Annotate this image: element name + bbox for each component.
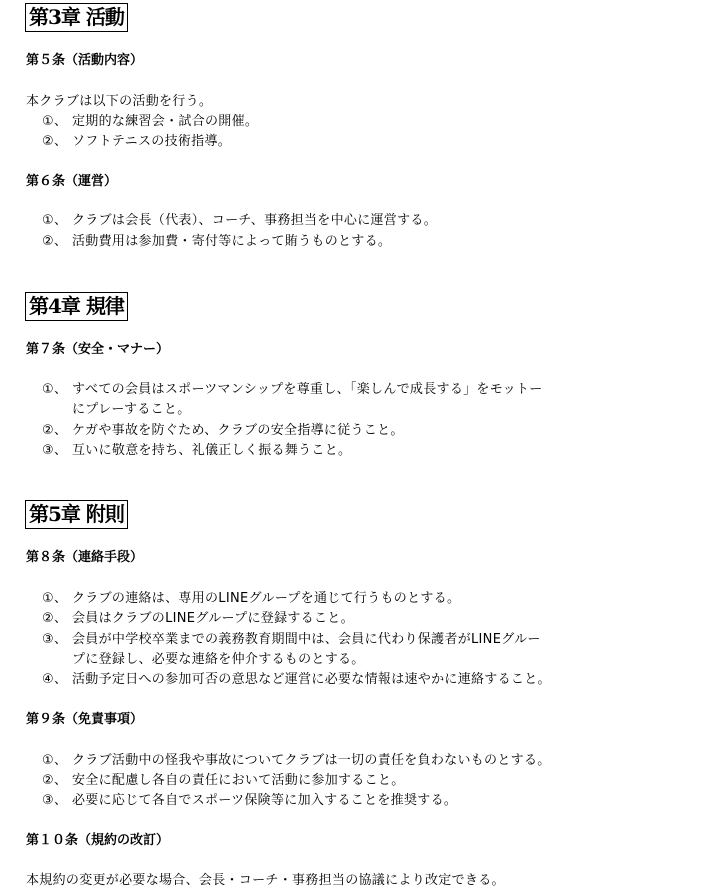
- item-number: ③、: [42, 793, 72, 809]
- item-text: 定期的な練習会・試合の開催。: [72, 114, 258, 129]
- chapter-5-title: 第5章 附則: [25, 500, 128, 529]
- item-text: 会員が中学校卒業までの義務教育期間中は、会員に代わり保護者がLINEグルー: [72, 632, 541, 647]
- article-8-item-4: ④、活動予定日への参加可否の意思など運営に必要な情報は速やかに連絡すること。: [42, 672, 551, 688]
- article-6-item-2: ②、活動費用は参加費・寄付等によって賄うものとする。: [42, 234, 391, 250]
- item-number: ④、: [42, 672, 72, 688]
- article-6-item-1: ①、クラブは会長（代表）、コーチ、事務担当を中心に運営する。: [42, 213, 437, 229]
- item-number: ①、: [42, 114, 72, 130]
- item-number: ③、: [42, 632, 72, 648]
- article-9-item-1: ①、クラブ活動中の怪我や事故についてクラブは一切の責任を負わないものとする。: [42, 753, 551, 769]
- item-number: ②、: [42, 773, 72, 789]
- item-number: ①、: [42, 591, 72, 607]
- article-5-intro: 本クラブは以下の活動を行う。: [26, 94, 212, 110]
- item-text: ソフトテニスの技術指導。: [72, 134, 231, 149]
- item-number: ②、: [42, 134, 72, 150]
- article-8-item-2: ②、会員はクラブのLINEグループに登録すること。: [42, 611, 354, 627]
- item-number: ②、: [42, 423, 72, 439]
- article-8-item-3: ③、会員が中学校卒業までの義務教育期間中は、会員に代わり保護者がLINEグルー: [42, 632, 541, 648]
- article-10-heading: 第１０条（規約の改訂）: [26, 833, 169, 849]
- article-7-heading: 第７条（安全・マナー）: [26, 342, 169, 358]
- item-text: 会員はクラブのLINEグループに登録すること。: [72, 611, 354, 626]
- article-8-item-1: ①、クラブの連絡は、専用のLINEグループを通じて行うものとする。: [42, 591, 460, 607]
- article-7-item-2: ②、ケガや事故を防ぐため、クラブの安全指導に従うこと。: [42, 423, 404, 439]
- article-9-item-3: ③、必要に応じて各自でスポーツ保険等に加入することを推奨する。: [42, 793, 457, 809]
- chapter-3-title: 第3章 活動: [25, 3, 128, 32]
- item-text: クラブの連絡は、専用のLINEグループを通じて行うものとする。: [72, 591, 460, 606]
- item-number: ②、: [42, 611, 72, 627]
- article-7-item-1: ①、すべての会員はスポーツマンシップを尊重し、「楽しんで成長する」をモットー: [42, 382, 543, 398]
- item-text: 活動予定日への参加可否の意思など運営に必要な情報は速やかに連絡すること。: [72, 672, 551, 687]
- article-8-heading: 第８条（連絡手段）: [26, 550, 143, 566]
- item-text: すべての会員はスポーツマンシップを尊重し、「楽しんで成長する」をモットー: [72, 382, 543, 397]
- article-10-text: 本規約の変更が必要な場合、会長・コーチ・事務担当の協議により改定できる。: [26, 873, 505, 889]
- article-8-item-3-continuation: プに登録し、必要な連絡を仲介するものとする。: [72, 652, 365, 668]
- chapter-4-title: 第4章 規律: [25, 292, 128, 321]
- item-number: ①、: [42, 213, 72, 229]
- article-5-item-1: ①、定期的な練習会・試合の開催。: [42, 114, 258, 130]
- item-text: クラブ活動中の怪我や事故についてクラブは一切の責任を負わないものとする。: [72, 753, 551, 768]
- article-5-item-2: ②、ソフトテニスの技術指導。: [42, 134, 231, 150]
- item-text: 互いに敬意を持ち、礼儀正しく振る舞うこと。: [72, 443, 351, 458]
- article-5-heading: 第５条（活動内容）: [26, 53, 143, 69]
- article-7-item-3: ③、互いに敬意を持ち、礼儀正しく振る舞うこと。: [42, 443, 351, 459]
- item-text: ケガや事故を防ぐため、クラブの安全指導に従うこと。: [72, 423, 404, 438]
- item-number: ①、: [42, 753, 72, 769]
- item-number: ①、: [42, 382, 72, 398]
- item-text: 必要に応じて各自でスポーツ保険等に加入することを推奨する。: [72, 793, 457, 808]
- article-9-item-2: ②、安全に配慮し各自の責任において活動に参加すること。: [42, 773, 405, 789]
- item-number: ③、: [42, 443, 72, 459]
- article-7-item-1-continuation: にプレーすること。: [72, 402, 191, 418]
- item-text: クラブは会長（代表）、コーチ、事務担当を中心に運営する。: [72, 213, 437, 228]
- item-text: 活動費用は参加費・寄付等によって賄うものとする。: [72, 234, 391, 249]
- item-number: ②、: [42, 234, 72, 250]
- article-9-heading: 第９条（免責事項）: [26, 712, 143, 728]
- article-6-heading: 第６条（運営）: [26, 174, 117, 190]
- item-text: 安全に配慮し各自の責任において活動に参加すること。: [72, 773, 405, 788]
